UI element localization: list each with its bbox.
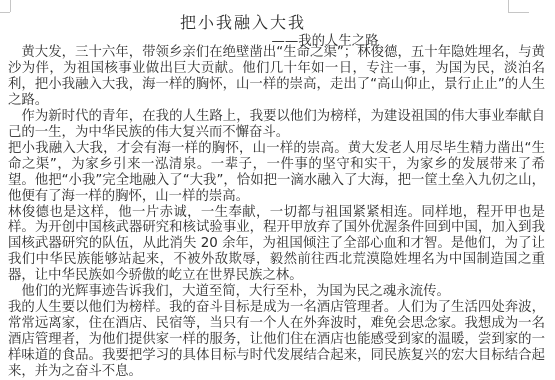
paragraph: 他们的光辉事迹告诉我们，大道至简，大行至朴，为国为民之魂永流传。 [8,284,545,300]
paragraph: 把小我融入大我，才会有海一样的胸怀，山一样的崇高。黄大发老人用尽毕生精力凿出“生… [8,141,545,205]
paragraph: 黄大发，三十六年，带领乡亲们在绝壁凿出“生命之渠”；林俊德，五十年隐姓埋名，与黄… [8,45,545,109]
paragraph: 我的人生要以他们为榜样。我的奋斗目标是成为一名酒店管理者。人们为了生活四处奔波，… [8,300,545,380]
document-body: 黄大发，三十六年，带领乡亲们在绝壁凿出“生命之渠”；林俊德，五十年隐姓埋名，与黄… [8,45,545,380]
crop-mark-top-right-icon [508,12,529,13]
paragraph: 作为新时代的青年，在我的人生路上，我要以他们为榜样，为建设祖国的伟大事业奉献自己… [8,109,545,141]
crop-mark-top-right-icon [508,0,509,12]
paragraph: 林俊德也是这样，他一片赤诚，一生奉献，一切都与祖国紧紧相连。同样地，程开甲也是样… [8,205,545,285]
document-page: 把小我融入大我 ——我的人生之路 黄大发，三十六年，带领乡亲们在绝壁凿出“生命之… [0,0,555,380]
